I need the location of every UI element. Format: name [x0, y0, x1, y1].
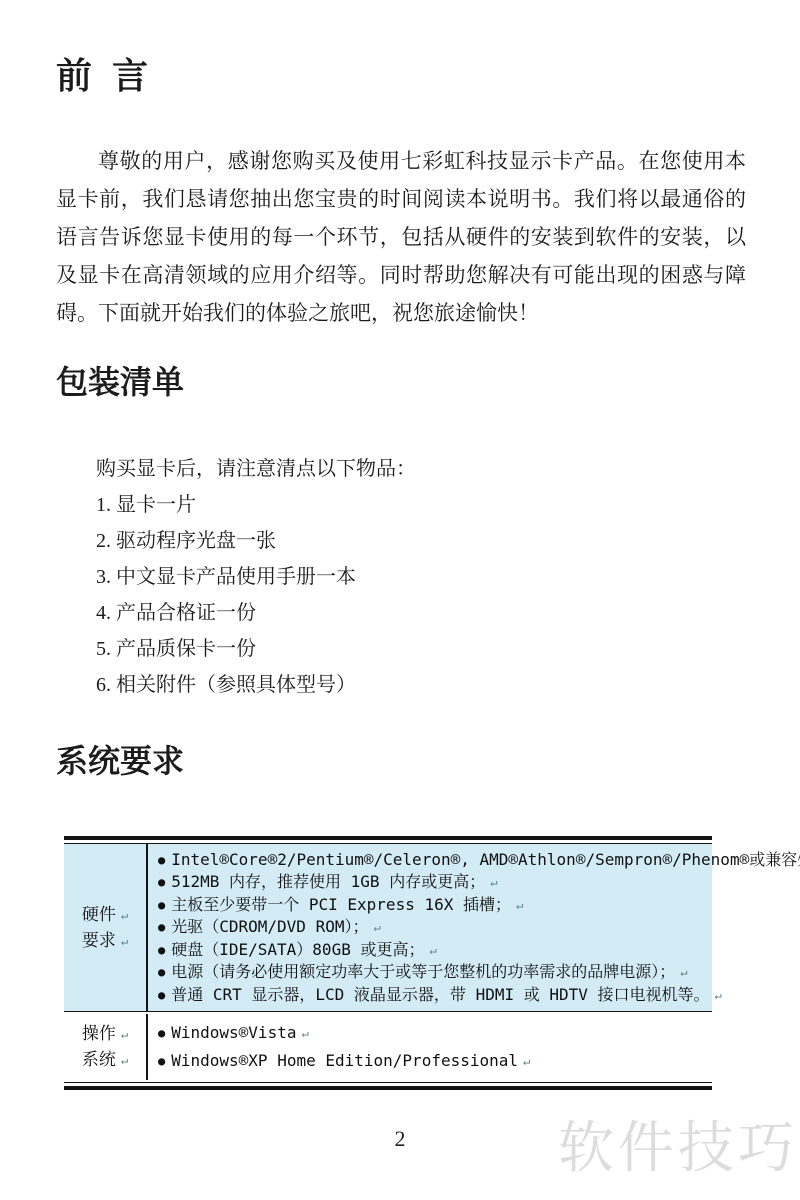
return-mark-icon: ↵ [516, 898, 523, 912]
hardware-requirements-row: 硬件↵ 要求↵ ●Intel®Core®2/Pentium®/Celeron®,… [64, 844, 712, 1012]
preface-paragraph: 尊敬的用户，感谢您购买及使用七彩虹科技显示卡产品。在您使用本显卡前，我们恳请您抽… [56, 142, 746, 332]
table-line: ●电源（请务必使用额定功率大于或等于您整机的功率需求的品牌电源）；↵ [158, 961, 800, 984]
line-text: Windows®XP Home Edition/Professional [171, 1051, 518, 1070]
bullet-icon: ● [158, 988, 165, 1002]
table-line: ●512MB 内存，推荐使用 1GB 内存或更高；↵ [158, 871, 800, 894]
manual-page-content: 前 言 尊敬的用户，感谢您购买及使用七彩虹科技显示卡产品。在您使用本显卡前，我们… [0, 55, 800, 1090]
return-mark-icon: ↵ [121, 1053, 128, 1067]
line-text: 电源（请务必使用额定功率大于或等于您整机的功率需求的品牌电源）； [171, 962, 675, 981]
hardware-row-header: 硬件↵ 要求↵ [64, 844, 146, 1012]
table-line: ●硬盘（IDE/SATA）80GB 或更高；↵ [158, 939, 800, 962]
return-mark-icon: ↵ [715, 988, 722, 1002]
return-mark-icon: ↵ [490, 875, 497, 889]
packing-list: 1. 显卡一片 2. 驱动程序光盘一张 3. 中文显卡产品使用手册一本 4. 产… [56, 487, 744, 703]
table-top-border-thick [64, 836, 712, 840]
list-item: 2. 驱动程序光盘一张 [56, 523, 744, 559]
list-item: 6. 相关附件（参照具体型号） [56, 667, 744, 703]
return-mark-icon: ↵ [121, 934, 128, 948]
document-page: { "page": { "number": "2", "watermark": … [0, 0, 800, 1200]
bullet-icon: ● [158, 920, 165, 934]
header-line: 要求↵ [82, 928, 128, 954]
packing-list-title: 包装清单 [56, 364, 744, 401]
watermark: 软件技巧 [558, 1104, 798, 1184]
hardware-requirements-cell: ●Intel®Core®2/Pentium®/Celeron®, AMD®Ath… [146, 844, 800, 1012]
header-line: 操作↵ [82, 1021, 128, 1047]
return-mark-icon: ↵ [429, 943, 436, 957]
line-text: 主板至少要带一个 PCI Express 16X 插槽； [171, 895, 511, 914]
line-text: Windows®Vista [171, 1023, 296, 1042]
os-row-header: 操作↵ 系统↵ [64, 1014, 146, 1080]
operating-system-cell: ●Windows®Vista↵ ●Windows®XP Home Edition… [146, 1014, 712, 1080]
return-mark-icon: ↵ [680, 965, 687, 979]
system-requirements-title: 系统要求 [56, 743, 744, 780]
line-text: 普通 CRT 显示器，LCD 液晶显示器，带 HDMI 或 HDTV 接口电视机… [171, 985, 709, 1004]
line-text: 光驱（CDROM/DVD ROM）； [171, 917, 368, 936]
table-line: ●光驱（CDROM/DVD ROM）；↵ [158, 916, 800, 939]
return-mark-icon: ↵ [301, 1026, 308, 1040]
table-bottom-border-thick [64, 1086, 712, 1090]
bullet-icon: ● [158, 965, 165, 979]
header-line: 系统↵ [82, 1047, 128, 1073]
bullet-icon: ● [158, 853, 165, 867]
preface-title: 前 言 [56, 55, 744, 96]
bullet-icon: ● [158, 898, 165, 912]
table-line: ●主板至少要带一个 PCI Express 16X 插槽；↵ [158, 894, 800, 917]
return-mark-icon: ↵ [523, 1054, 530, 1068]
table-bottom-border-thin [64, 1082, 712, 1083]
list-item: 3. 中文显卡产品使用手册一本 [56, 559, 744, 595]
system-requirements-table: 硬件↵ 要求↵ ●Intel®Core®2/Pentium®/Celeron®,… [64, 836, 712, 1091]
table-line: ●Windows®Vista↵ [158, 1019, 708, 1047]
packing-list-intro: 购买显卡后，请注意清点以下物品： [56, 451, 744, 487]
bullet-icon: ● [158, 1026, 165, 1040]
line-text: 硬盘（IDE/SATA）80GB 或更高； [171, 940, 424, 959]
line-text: 512MB 内存，推荐使用 1GB 内存或更高； [171, 872, 485, 891]
operating-system-row: 操作↵ 系统↵ ●Windows®Vista↵ ●Windows®XP Home… [64, 1012, 712, 1082]
list-item: 1. 显卡一片 [56, 487, 744, 523]
bullet-icon: ● [158, 943, 165, 957]
bullet-icon: ● [158, 875, 165, 889]
return-mark-icon: ↵ [373, 920, 380, 934]
list-item: 5. 产品质保卡一份 [56, 631, 744, 667]
bullet-icon: ● [158, 1054, 165, 1068]
return-mark-icon: ↵ [121, 1027, 128, 1041]
line-text: Intel®Core®2/Pentium®/Celeron®, AMD®Athl… [171, 850, 800, 869]
header-line: 硬件↵ [82, 902, 128, 928]
table-line: ●普通 CRT 显示器，LCD 液晶显示器，带 HDMI 或 HDTV 接口电视… [158, 984, 800, 1007]
table-line: ●Windows®XP Home Edition/Professional↵ [158, 1047, 708, 1075]
return-mark-icon: ↵ [121, 908, 128, 922]
table-line: ●Intel®Core®2/Pentium®/Celeron®, AMD®Ath… [158, 849, 800, 872]
list-item: 4. 产品合格证一份 [56, 595, 744, 631]
